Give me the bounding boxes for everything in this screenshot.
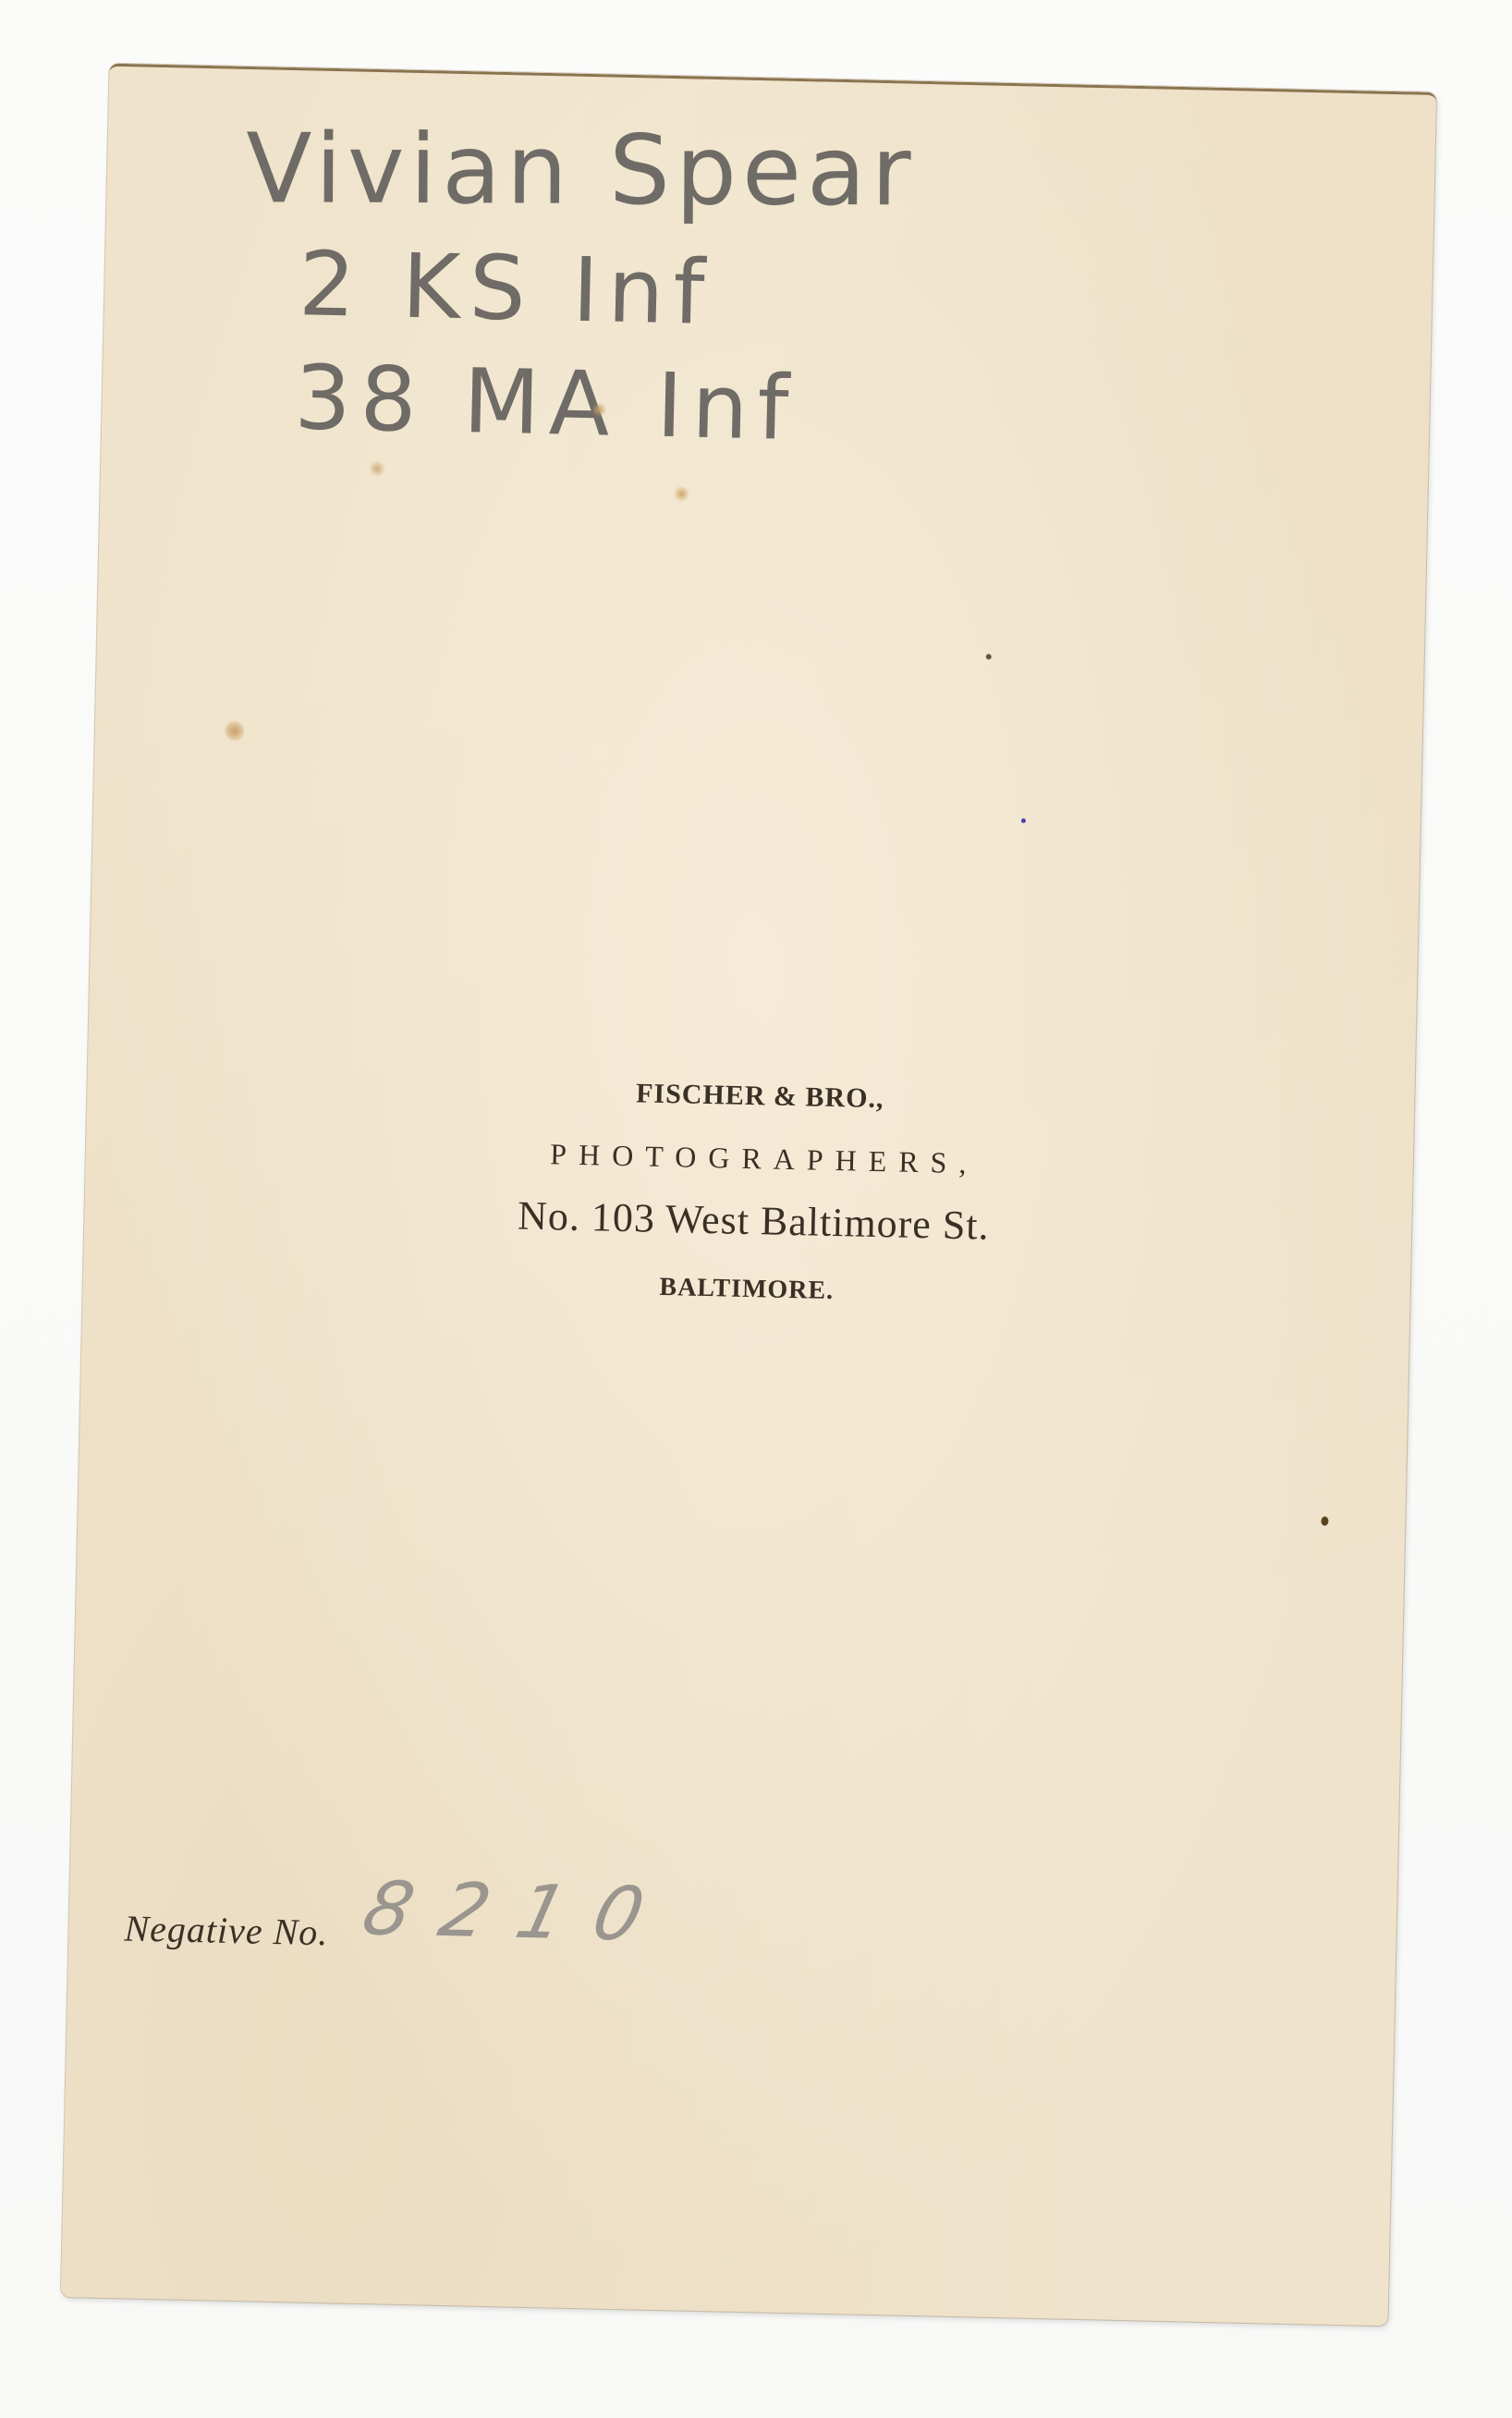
studio-name: FISCHER & BRO., xyxy=(96,1067,1423,1127)
negative-label: Negative No. xyxy=(124,1906,329,1954)
stain-mark xyxy=(225,721,245,741)
photo-card-back: Vivian Spear 2 KS Inf 38 MA Inf FISCHER … xyxy=(61,64,1436,2326)
handwritten-unit-2: 38 MA Inf xyxy=(293,346,799,460)
handwritten-name: Vivian Spear xyxy=(246,112,917,227)
stain-mark xyxy=(369,460,385,477)
dark-spot xyxy=(986,653,992,659)
negative-number-row: Negative No. 8210 xyxy=(124,1860,957,1989)
dark-spot xyxy=(1321,1517,1328,1526)
negative-number: 8210 xyxy=(355,1865,681,1958)
blue-dot xyxy=(1021,818,1026,823)
studio-address: No. 103 West Baltimore St. xyxy=(90,1182,1418,1258)
studio-profession: PHOTOGRAPHERS, xyxy=(101,1128,1428,1191)
stain-mark xyxy=(673,485,689,502)
handwritten-unit-1: 2 KS Inf xyxy=(298,232,714,345)
studio-city: BALTIMORE. xyxy=(83,1260,1410,1318)
